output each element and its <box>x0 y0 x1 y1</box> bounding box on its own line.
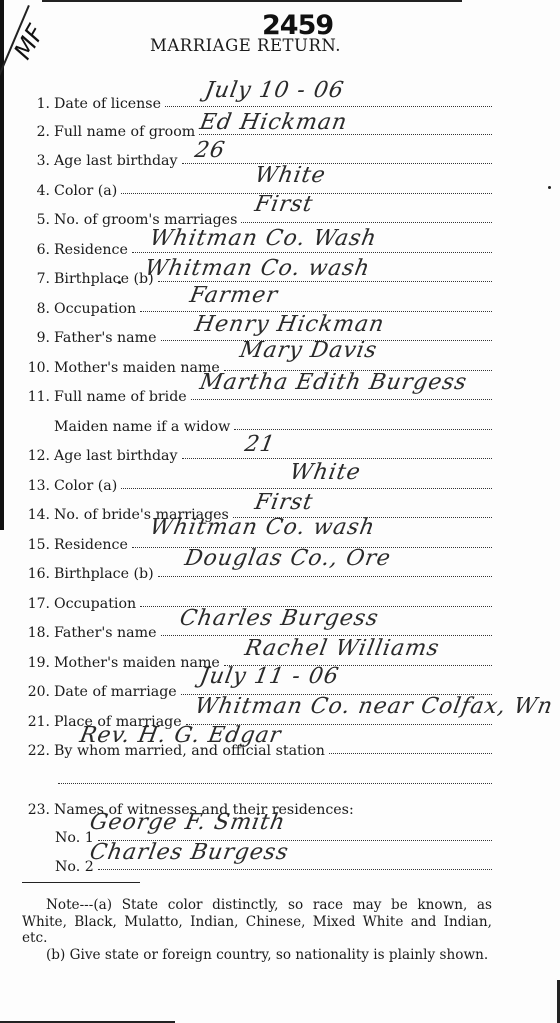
field-number: 22. <box>22 743 54 759</box>
footnote-a: Note---(a) State color distinctly, so ra… <box>22 897 492 947</box>
fill-line <box>158 575 492 577</box>
footnotes: Note---(a) State color distinctly, so ra… <box>22 897 492 963</box>
handwritten-value: Whitman Co. wash <box>143 256 372 281</box>
field-label: Father's name <box>54 625 157 641</box>
field-label: Occupation <box>54 301 136 317</box>
handwritten-value: Rev. H. G. Edgar <box>78 723 284 748</box>
field-number: 9. <box>22 330 54 346</box>
handwritten-witness: George F. Smith <box>88 810 288 835</box>
scan-border-left <box>0 0 4 530</box>
field-number: 14. <box>22 507 54 523</box>
field-label: Mother's maiden name <box>54 360 220 376</box>
field-label: Full name of bride <box>54 389 187 405</box>
field-label: Color (a) <box>54 478 117 494</box>
handwritten-value: Charles Burgess <box>178 606 381 631</box>
handwritten-value: Ed Hickman <box>198 110 350 135</box>
field-label: Age last birthday <box>54 448 178 464</box>
field-label: Mother's maiden name <box>54 655 220 671</box>
handwritten-value: First <box>253 192 315 217</box>
field-label: Maiden name if a widow <box>54 419 230 435</box>
handwritten-value: White <box>253 163 328 188</box>
field-label: Residence <box>54 242 128 258</box>
handwritten-value: Rachel Williams <box>243 636 442 661</box>
document-title: MARRIAGE RETURN. <box>150 36 341 55</box>
field-number: 13. <box>22 478 54 494</box>
fill-line <box>182 162 492 164</box>
handwritten-value: White <box>288 460 363 485</box>
field-number: 19. <box>22 655 54 671</box>
fill-line <box>98 868 492 870</box>
fill-line <box>58 782 492 784</box>
field-number: 11. <box>22 389 54 405</box>
handwritten-value: Farmer <box>188 283 280 308</box>
field-label: Residence <box>54 537 128 553</box>
field-label: Occupation <box>54 596 136 612</box>
footnote-b: (b) Give state or foreign country, so na… <box>22 947 492 964</box>
field-number: 1. <box>22 96 54 112</box>
fill-line <box>165 105 492 107</box>
field-number: 23. <box>22 802 54 818</box>
handwritten-value: Mary Davis <box>238 338 380 363</box>
fill-line <box>191 398 492 400</box>
fill-line <box>121 487 492 489</box>
field-number: 3. <box>22 153 54 169</box>
field-number: 15. <box>22 537 54 553</box>
form-row <box>22 765 492 789</box>
field-number: 10. <box>22 360 54 376</box>
note-separator <box>22 882 140 883</box>
field-label: Date of license <box>54 96 161 112</box>
handwritten-value: July 10 - 06 <box>203 78 346 103</box>
field-number: 4. <box>22 183 54 199</box>
handwritten-value: Whitman Co. near Colfax, Wn <box>193 694 555 719</box>
field-number: 16. <box>22 566 54 582</box>
handwritten-value: Martha Edith Burgess <box>198 370 469 395</box>
fill-line <box>132 251 492 253</box>
scan-speck <box>548 186 551 189</box>
field-label: Birthplace (b) <box>54 271 154 287</box>
field-label: Color (a) <box>54 183 117 199</box>
margin-annotation: MF <box>9 20 51 64</box>
fill-line <box>241 221 492 223</box>
handwritten-value: July 11 - 06 <box>198 664 341 689</box>
marriage-return-page: MF 2459 MARRIAGE RETURN. 1.Date of licen… <box>0 0 560 1023</box>
handwritten-value: Whitman Co. Wash <box>148 226 379 251</box>
handwritten-value: First <box>253 490 315 515</box>
field-number: 12. <box>22 448 54 464</box>
field-label: Father's name <box>54 330 157 346</box>
field-number: 21. <box>22 714 54 730</box>
scan-border-top <box>42 0 462 2</box>
handwritten-value: 26 <box>193 138 227 163</box>
field-label: Full name of groom <box>54 124 195 140</box>
field-number: 18. <box>22 625 54 641</box>
field-number: 2. <box>22 124 54 140</box>
handwritten-value: Whitman Co. wash <box>148 515 377 540</box>
field-number: 20. <box>22 684 54 700</box>
field-label: Date of marriage <box>54 684 177 700</box>
fill-line <box>234 428 492 430</box>
handwritten-value: 21 <box>243 432 277 457</box>
field-number: 5. <box>22 212 54 228</box>
field-number: 17. <box>22 596 54 612</box>
field-label: Age last birthday <box>54 153 178 169</box>
field-number: 6. <box>22 242 54 258</box>
scan-speck <box>118 281 121 284</box>
field-number: 8. <box>22 301 54 317</box>
fill-line <box>329 752 492 754</box>
fill-line <box>182 457 492 459</box>
handwritten-witness: Charles Burgess <box>88 840 291 865</box>
field-label: Birthplace (b) <box>54 566 154 582</box>
handwritten-value: Henry Hickman <box>193 312 387 337</box>
field-number: 7. <box>22 271 54 287</box>
handwritten-value: Douglas Co., Ore <box>183 546 393 571</box>
